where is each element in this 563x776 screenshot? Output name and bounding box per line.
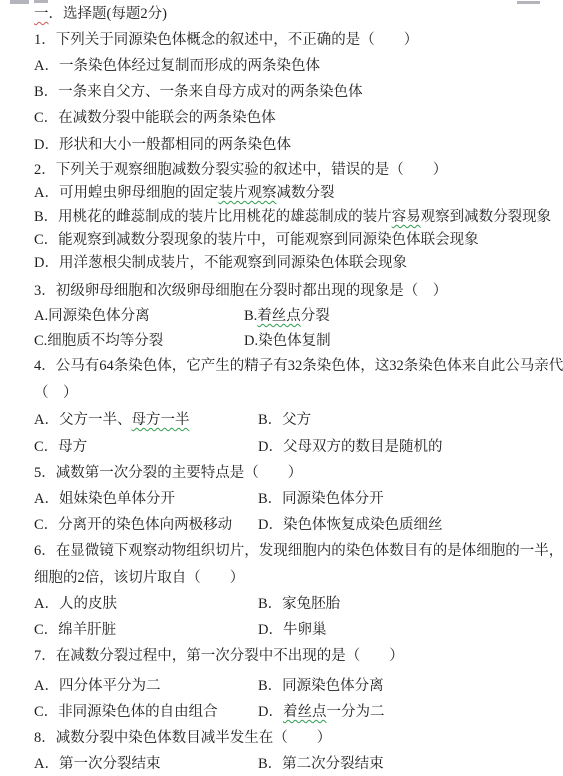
question-3-options-ab: A.同源染色体分离B.着丝点分裂 xyxy=(34,303,330,329)
question-7-option-c: C．非同源染色体的自由组合 xyxy=(34,699,258,725)
question-1-stem: 1．下列关于同源染色体概念的叙述中，不正确的是（ ） xyxy=(34,27,418,53)
question-1-option-b: B．一条来自父方、一条来自母方成对的两条染色体 xyxy=(34,79,363,105)
question-4-stem: 4．公马有64条染色体，它产生的精子有32条染色体，这32条染色体来自此公马亲代… xyxy=(34,353,563,379)
question-4-options-cd: C．母方D．父母双方的数目是随机的 xyxy=(34,434,442,460)
section-heading: 一．选择题(每题2分) xyxy=(34,1,167,27)
question-7-options-cd: C．非同源染色体的自由组合D．着丝点一分为二 xyxy=(34,699,384,725)
question-8-stem: 8．减数分裂中染色体数目减半发生在（ ） xyxy=(34,725,331,751)
question-4-option-b: B．父方 xyxy=(258,412,311,428)
question-5-options-ab: A．姐妹染色单体分开B．同源染色体分开 xyxy=(34,486,384,512)
question-7-option-b: B．同源染色体分离 xyxy=(258,678,384,694)
question-1-option-c: C．在减数分裂中能联会的两条染色体 xyxy=(34,105,276,131)
question-6-stem: 6．在显微镜下观察动物组织切片，发现细胞内的染色体数目有的是体细胞的一半，有的是… xyxy=(34,538,563,564)
section-number: 一 xyxy=(34,6,49,22)
question-7-option-a: A．四分体平分为二 xyxy=(34,673,258,699)
question-5-option-d: D．染色体恢复成染色质细丝 xyxy=(258,517,442,533)
question-3-options-cd: C.细胞质不均等分裂D.染色体复制 xyxy=(34,328,331,354)
question-8-option-b: B．第二次分裂结束 xyxy=(258,756,384,772)
question-2-option-a: A．可用蝗虫卵母细胞的固定装片观察减数分裂 xyxy=(34,180,334,206)
grammar-marked-text: 着丝点 xyxy=(283,704,327,720)
question-3-option-c: C.细胞质不均等分裂 xyxy=(34,328,244,354)
question-4-stem-continued: （ ） xyxy=(34,380,78,406)
question-8-option-a: A．第一次分裂结束 xyxy=(34,751,258,776)
question-1-option-d: D．形状和大小一般都相同的两条染色体 xyxy=(34,132,291,158)
question-1-option-a: A．一条染色体经过复制而形成的两条染色体 xyxy=(34,53,320,79)
question-4-option-c: C．母方 xyxy=(34,434,258,460)
question-3-option-d: D.染色体复制 xyxy=(244,333,331,349)
question-3-stem: 3．初级卵母细胞和次级卵母细胞在分裂时都出现的现象是（ ） xyxy=(34,278,447,304)
question-3-option-a: A.同源染色体分离 xyxy=(34,303,244,329)
question-6-option-a: A．人的皮肤 xyxy=(34,591,258,617)
question-6-stem-continued: 细胞的2倍，该切片取自（ ） xyxy=(34,565,244,591)
question-2-option-d: D．用洋葱根尖制成装片，不能观察到同源染色体联会现象 xyxy=(34,250,407,276)
question-6-option-b: B．家兔胚胎 xyxy=(258,596,340,612)
section-title: ．选择题(每题2分) xyxy=(49,6,167,22)
question-6-option-c: C．绵羊肝脏 xyxy=(34,617,258,643)
question-5-options-cd: C．分离开的染色体向两极移动D．染色体恢复成染色质细丝 xyxy=(34,512,442,538)
question-7-option-d: D．着丝点一分为二 xyxy=(258,704,384,720)
question-5-option-c: C．分离开的染色体向两极移动 xyxy=(34,512,258,538)
question-7-stem: 7．在减数分裂过程中，第一次分裂中不出现的是（ ） xyxy=(34,643,404,669)
question-5-option-a: A．姐妹染色单体分开 xyxy=(34,486,258,512)
exam-paper-page: 一．选择题(每题2分) 1．下列关于同源染色体概念的叙述中，不正确的是（ ） A… xyxy=(0,0,563,776)
question-8-options-ab: A．第一次分裂结束B．第二次分裂结束 xyxy=(34,751,384,776)
question-5-stem: 5．减数第一次分裂的主要特点是（ ） xyxy=(34,460,302,486)
question-3-option-b: B.着丝点分裂 xyxy=(244,308,330,324)
question-4-options-ab: A．父方一半、母方一半B．父方 xyxy=(34,407,311,433)
page-edge-artifact xyxy=(517,1,540,4)
grammar-marked-text: 着丝点 xyxy=(257,308,301,324)
question-4-option-d: D．父母双方的数目是随机的 xyxy=(258,439,442,455)
grammar-marked-text: 装片观察 xyxy=(218,185,276,201)
grammar-marked-text: 容易 xyxy=(392,209,421,225)
question-4-option-a: A．父方一半、母方一半 xyxy=(34,407,258,433)
page-edge-artifact xyxy=(10,0,29,4)
question-7-options-ab: A．四分体平分为二B．同源染色体分离 xyxy=(34,673,384,699)
question-6-options-ab: A．人的皮肤B．家兔胚胎 xyxy=(34,591,340,617)
question-5-option-b: B．同源染色体分开 xyxy=(258,491,384,507)
question-6-option-d: D．牛卵巢 xyxy=(258,622,326,638)
question-6-options-cd: C．绵羊肝脏D．牛卵巢 xyxy=(34,617,326,643)
grammar-marked-text: 母方一半 xyxy=(131,412,189,428)
